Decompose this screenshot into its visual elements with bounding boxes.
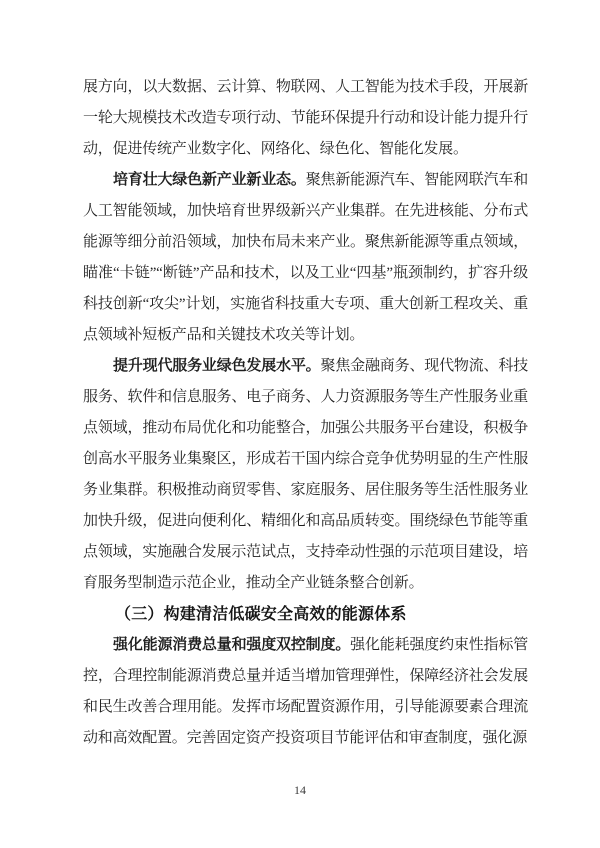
paragraph: 强化能源消费总量和强度双控制度。强化能耗强度约束性指标管控，合理控制能源消费总量… xyxy=(83,630,528,754)
document-page: 展方向，以大数据、云计算、物联网、人工智能为技术手段，开展新一轮大规模技术改造专… xyxy=(0,0,600,848)
paragraph-lead: 提升现代服务业绿色发展水平。 xyxy=(113,358,321,374)
paragraph: 提升现代服务业绿色发展水平。聚焦金融商务、现代物流、科技服务、软件和信息服务、电… xyxy=(83,351,528,599)
document-body: 展方向，以大数据、云计算、物联网、人工智能为技术手段，开展新一轮大规模技术改造专… xyxy=(83,72,528,754)
paragraph-lead: 培育壮大绿色新产业新业态。 xyxy=(113,172,306,188)
section-heading: （三）构建清洁低碳安全高效的能源体系 xyxy=(83,599,528,630)
paragraph-lead: 强化能源消费总量和强度双控制度。 xyxy=(113,637,350,653)
page-number: 14 xyxy=(0,783,600,798)
paragraph: 展方向，以大数据、云计算、物联网、人工智能为技术手段，开展新一轮大规模技术改造专… xyxy=(83,72,528,165)
paragraph: 培育壮大绿色新产业新业态。聚焦新能源汽车、智能网联汽车和人工智能领域，加快培育世… xyxy=(83,165,528,351)
